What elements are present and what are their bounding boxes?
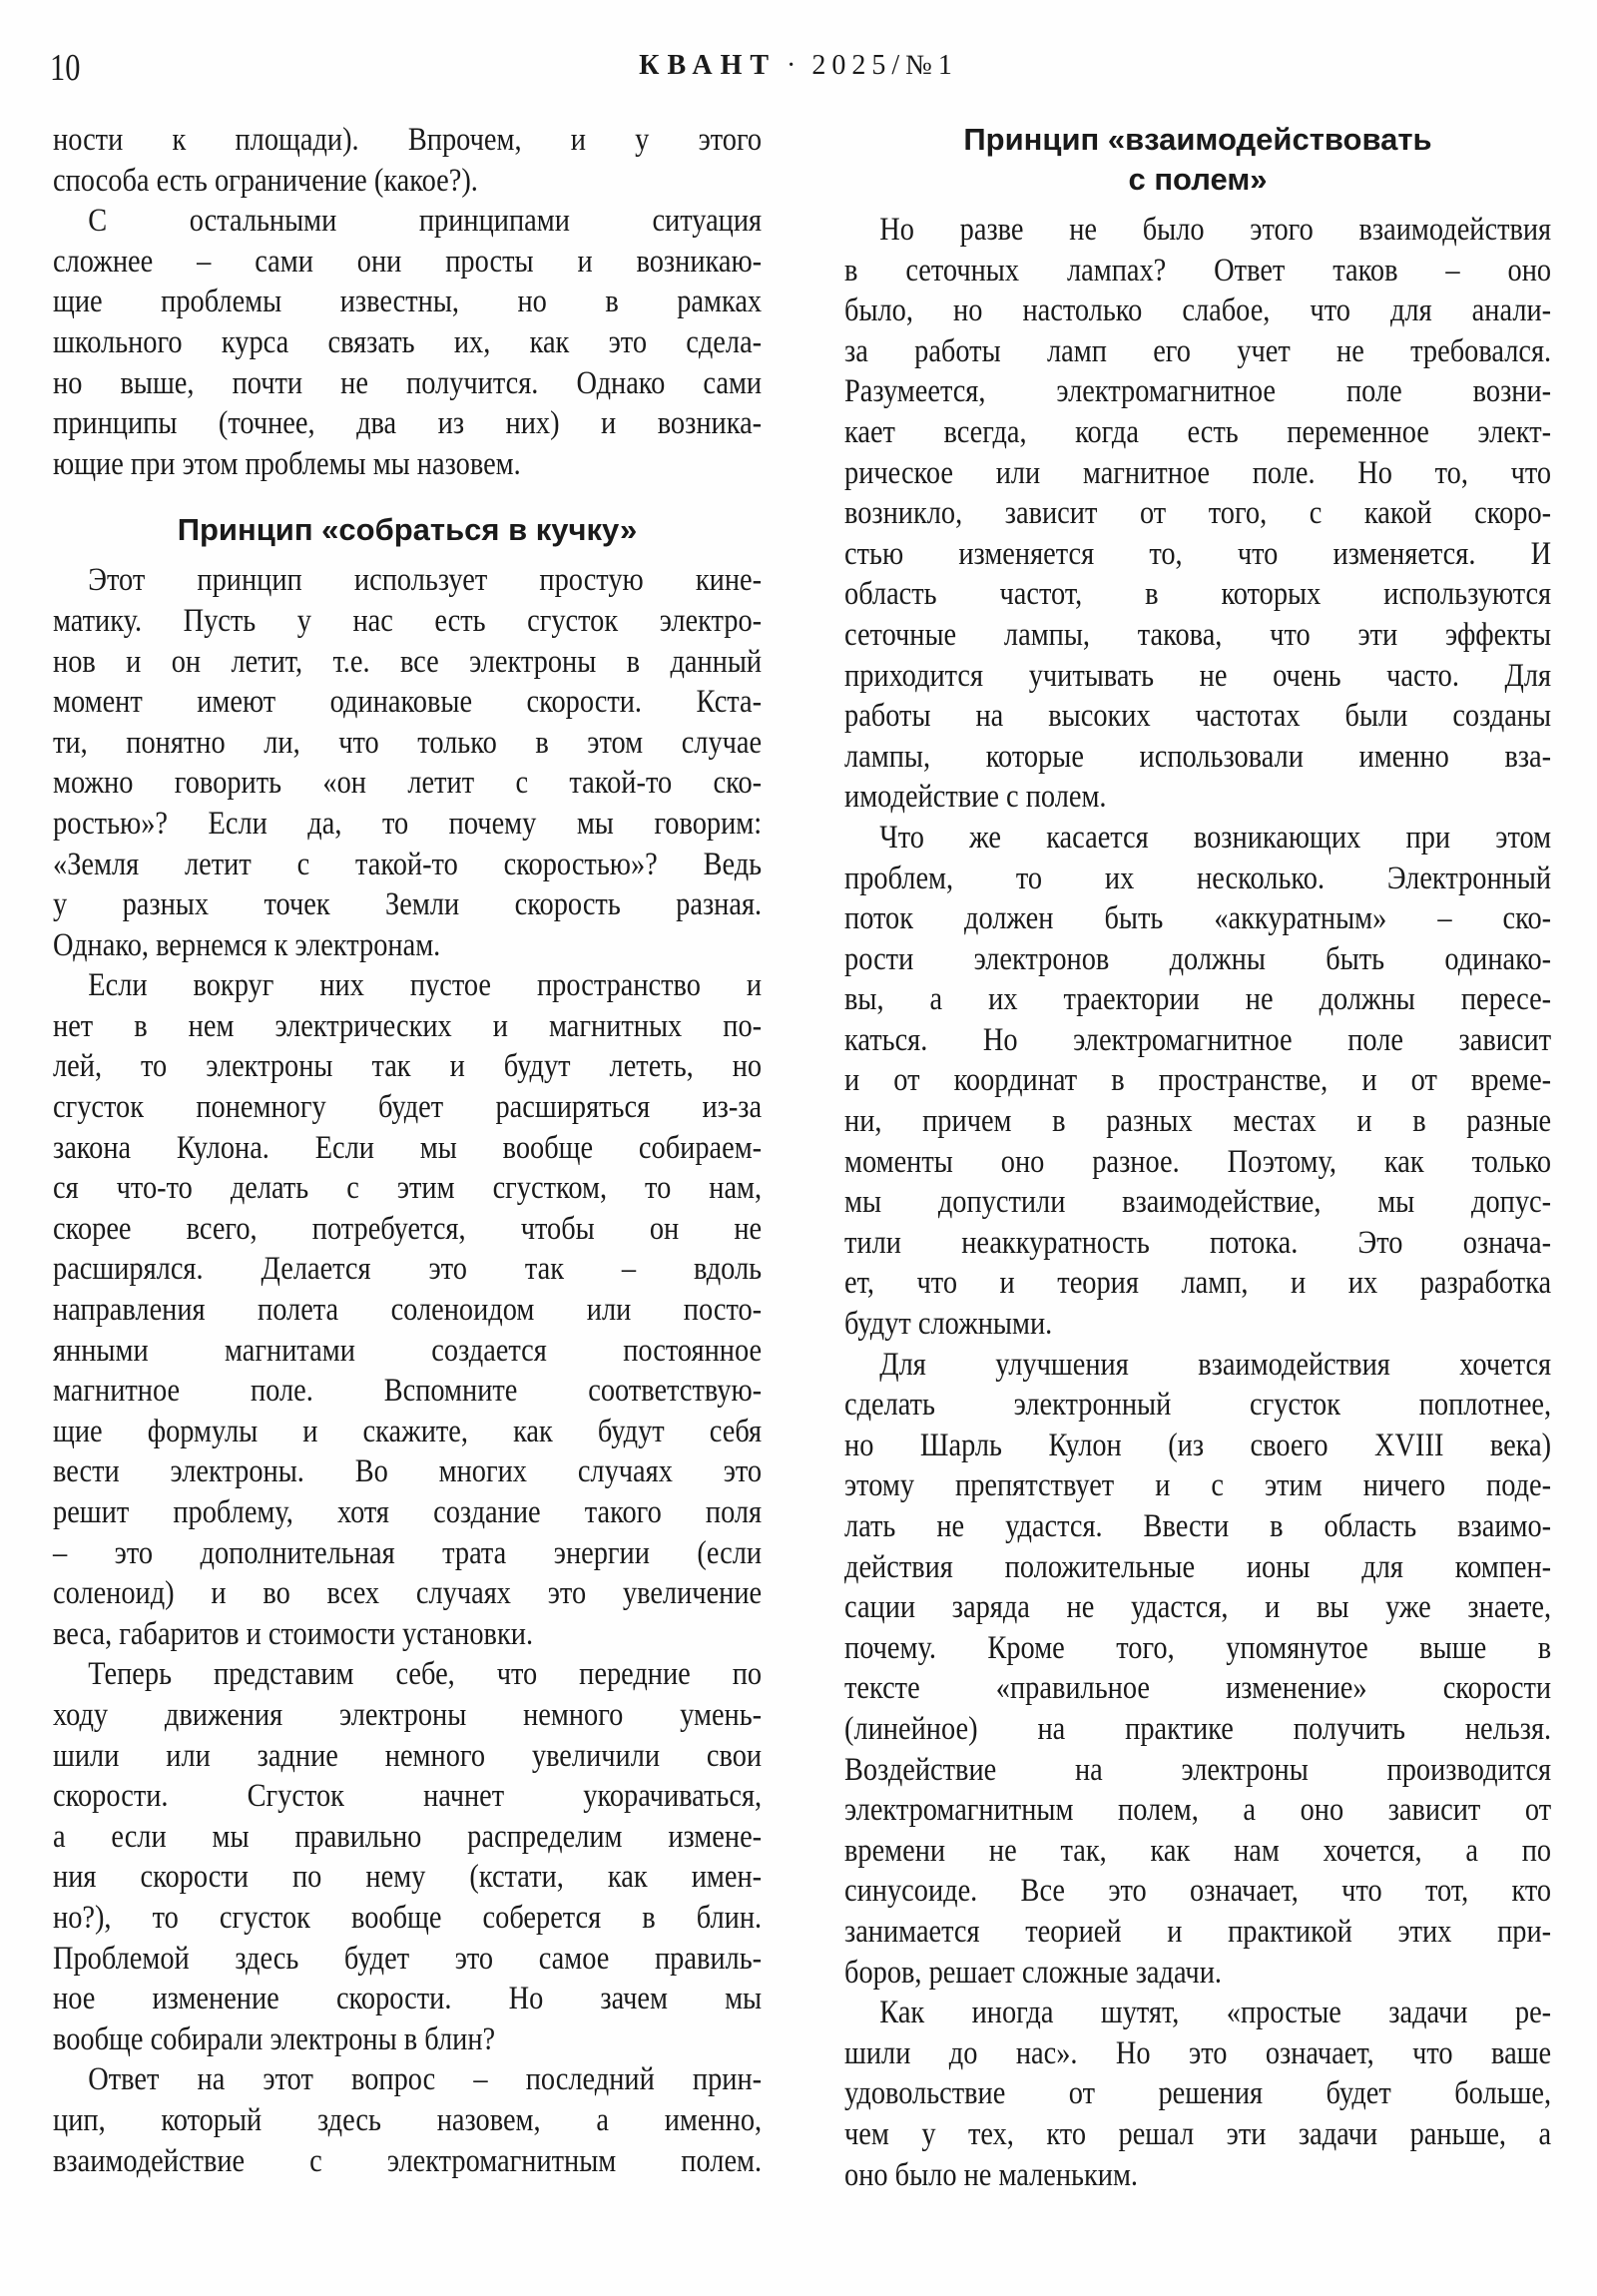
- text-line: действия положительные ионы для компен-: [844, 1547, 1551, 1588]
- text-line: имодействие с полем.: [844, 777, 1551, 818]
- text-line: вести электроны. Во многих случаях это: [53, 1451, 762, 1492]
- text-line: сложнее – сами они просты и возникаю-: [53, 242, 762, 283]
- text-line: момент имеют одинаковые скорости. Кста-: [53, 682, 762, 723]
- text-line: ся что-то делать с этим сгустком, то нам…: [53, 1168, 762, 1209]
- text-line: в сеточных лампах? Ответ таков – оно: [844, 251, 1551, 291]
- text-line: нов и он летит, т.е. все электроны в дан…: [53, 642, 762, 683]
- text-line: Теперь представим себе, что передние по: [53, 1654, 762, 1695]
- text-line: – это дополнительная трата энергии (если: [53, 1533, 762, 1574]
- text-line: занимается теорией и практикой этих при-: [844, 1912, 1551, 1953]
- text-line: Для улучшения взаимодействия хочется: [844, 1345, 1551, 1386]
- text-line: ющие при этом проблемы мы назовем.: [53, 444, 762, 485]
- text-line: приходится учитывать не очень часто. Для: [844, 656, 1551, 697]
- text-line: проблем, то их несколько. Электронный: [844, 859, 1551, 899]
- text-line: школьного курса связать их, как это сдел…: [53, 322, 762, 363]
- text-line: шили или задние немного увеличили свои: [53, 1736, 762, 1777]
- paragraph: С остальными принципами ситуация сложнее…: [53, 201, 762, 484]
- text-line: тили неаккуратность потока. Это означа-: [844, 1223, 1551, 1264]
- text-line: моменты оно разное. Поэтому, как только: [844, 1142, 1551, 1183]
- text-line: (линейное) на практике получить нельзя.: [844, 1709, 1551, 1750]
- text-line: ни, причем в разных местах и в разные: [844, 1101, 1551, 1142]
- text-line: кает всегда, когда есть переменное элект…: [844, 412, 1551, 453]
- text-line: шили до нас». Но это означает, что ваше: [844, 2033, 1551, 2074]
- text-line: Если вокруг них пустое пространство и: [53, 965, 762, 1006]
- magazine-title: КВАНТ: [639, 50, 777, 81]
- text-line: боров, решает сложные задачи.: [844, 1953, 1551, 1994]
- text-line: тексте «правильное изменение» скорости: [844, 1668, 1551, 1709]
- text-line: вообще собирали электроны в блин?: [53, 2019, 762, 2060]
- text-line: закона Кулона. Если мы вообще собираем-: [53, 1128, 762, 1169]
- text-line: ности к площади). Впрочем, и у этого: [53, 120, 762, 161]
- text-line: ти, понятно ли, что только в этом случае: [53, 723, 762, 764]
- text-line: решит проблему, хотя создание такого пол…: [53, 1492, 762, 1533]
- text-line: С остальными принципами ситуация: [53, 201, 762, 242]
- text-line: было, но настолько слабое, что для анали…: [844, 290, 1551, 331]
- text-line: Как иногда шутят, «простые задачи ре-: [844, 1993, 1551, 2033]
- section-heading: Принцип «собраться в кучку»: [53, 510, 762, 550]
- text-line: принципы (точнее, два из них) и возника-: [53, 403, 762, 444]
- paragraph: Теперь представим себе, что передние по …: [53, 1654, 762, 2059]
- text-line: сгусток понемногу будет расширяться из-з…: [53, 1087, 762, 1128]
- text-line: сации заряда не удастся, и вы уже знаете…: [844, 1587, 1551, 1628]
- text-line: чем у тех, кто решал эти задачи раньше, …: [844, 2114, 1551, 2155]
- text-line: рическое или магнитное поле. Но то, что: [844, 453, 1551, 494]
- paragraph: Ответ на этот вопрос – последний прин- ц…: [53, 2059, 762, 2181]
- text-line: но выше, почти не получится. Однако сами: [53, 363, 762, 404]
- text-line: область частот, в которых используются: [844, 574, 1551, 615]
- paragraph: Если вокруг них пустое пространство и не…: [53, 965, 762, 1654]
- text-line: Ответ на этот вопрос – последний прин-: [53, 2059, 762, 2100]
- text-line: рости электронов должны быть одинако-: [844, 939, 1551, 980]
- right-column: Принцип «взаимодействовать с полем» Но р…: [844, 120, 1551, 2195]
- text-line: мы допустили взаимодействие, мы допус-: [844, 1182, 1551, 1223]
- text-line: у разных точек Земли скорость разная.: [53, 884, 762, 925]
- text-line: Проблемой здесь будет это самое правиль-: [53, 1939, 762, 1980]
- text-line: ходу движения электроны немного умень-: [53, 1695, 762, 1736]
- text-line: будут сложными.: [844, 1304, 1551, 1345]
- text-line: магнитное поле. Вспомните соответствую-: [53, 1371, 762, 1412]
- text-line: направления полета соленоидом или посто-: [53, 1290, 762, 1331]
- text-line: скорости. Сгусток начнет укорачиваться,: [53, 1776, 762, 1817]
- text-line: вы, а их траектории не должны пересе-: [844, 979, 1551, 1020]
- text-line: матику. Пусть у нас есть сгусток электро…: [53, 601, 762, 642]
- text-line: синусоиде. Все это означает, что тот, кт…: [844, 1871, 1551, 1912]
- heading-line: с полем»: [844, 160, 1551, 200]
- section-heading: Принцип «взаимодействовать с полем»: [844, 120, 1551, 200]
- paragraph: Но разве не было этого взаимодействия в …: [844, 210, 1551, 818]
- text-line: янными магнитами создается постоянное: [53, 1331, 762, 1372]
- text-line: лать не удастся. Ввести в область взаимо…: [844, 1506, 1551, 1547]
- text-line: сделать электронный сгусток поплотнее,: [844, 1385, 1551, 1426]
- text-line: за работы ламп его учет не требовался.: [844, 331, 1551, 372]
- text-line: лей, то электроны так и будут лететь, но: [53, 1046, 762, 1087]
- text-line: ростью»? Если да, то почему мы говорим:: [53, 804, 762, 845]
- text-line: оно было не маленьким.: [844, 2155, 1551, 2196]
- left-column: ности к площади). Впрочем, и у этого спо…: [53, 120, 762, 2181]
- text-line: Разумеется, электромагнитное поле возни-: [844, 371, 1551, 412]
- paragraph: Для улучшения взаимодействия хочется сде…: [844, 1345, 1551, 1994]
- separator-dot: ·: [787, 50, 801, 81]
- text-line: цип, который здесь назовем, а именно,: [53, 2100, 762, 2141]
- text-line: но?), то сгусток вообще соберется в блин…: [53, 1898, 762, 1939]
- text-line: и от координат в пространстве, и от врем…: [844, 1060, 1551, 1101]
- text-line: возникло, зависит от того, с какой скоро…: [844, 493, 1551, 534]
- text-line: Этот принцип использует простую кине-: [53, 560, 762, 601]
- text-line: но Шарль Кулон (из своего XVIII века): [844, 1426, 1551, 1466]
- text-line: щие проблемы известны, но в рамках: [53, 282, 762, 322]
- text-line: можно говорить «он летит с такой-то ско-: [53, 763, 762, 804]
- text-line: соленоид) и во всех случаях это увеличен…: [53, 1573, 762, 1614]
- text-line: ное изменение скорости. Но зачем мы: [53, 1979, 762, 2019]
- text-line: сеточные лампы, такова, что эти эффекты: [844, 615, 1551, 656]
- text-line: а если мы правильно распределим измене-: [53, 1817, 762, 1858]
- text-line: работы на высоких частотах были созданы: [844, 696, 1551, 737]
- text-line: щие формулы и скажите, как будут себя: [53, 1412, 762, 1452]
- running-head: КВАНТ·2025/№1: [0, 50, 1597, 82]
- text-line: Что же касается возникающих при этом: [844, 818, 1551, 859]
- text-line: удовольствие от решения будет больше,: [844, 2073, 1551, 2114]
- text-line: Но разве не было этого взаимодействия: [844, 210, 1551, 251]
- text-line: стью изменяется то, что изменяется. И: [844, 534, 1551, 575]
- text-line: веса, габаритов и стоимости установки.: [53, 1614, 762, 1655]
- text-line: поток должен быть «аккуратным» – ско-: [844, 898, 1551, 939]
- text-line: каться. Но электромагнитное поле зависит: [844, 1020, 1551, 1061]
- text-line: лампы, которые использовали именно вза-: [844, 737, 1551, 778]
- text-line: способа есть ограничение (какое?).: [53, 161, 762, 202]
- text-line: скорее всего, потребуется, чтобы он не: [53, 1209, 762, 1250]
- text-line: «Земля летит с такой-то скоростью»? Ведь: [53, 845, 762, 885]
- text-line: нет в нем электрических и магнитных по-: [53, 1006, 762, 1047]
- text-line: этому препятствует и с этим ничего поде-: [844, 1465, 1551, 1506]
- heading-line: Принцип «взаимодействовать: [844, 120, 1551, 160]
- text-line: ет, что и теория ламп, и их разработка: [844, 1263, 1551, 1304]
- text-line: ния скорости по нему (кстати, как имен-: [53, 1857, 762, 1898]
- text-line: Воздействие на электроны производится: [844, 1750, 1551, 1791]
- issue-number: 2025/№1: [811, 50, 958, 81]
- paragraph: Что же касается возникающих при этом про…: [844, 818, 1551, 1345]
- text-line: Однако, вернемся к электронам.: [53, 925, 762, 966]
- text-line: времени не так, как нам хочется, а по: [844, 1831, 1551, 1872]
- paragraph: Этот принцип использует простую кине- ма…: [53, 560, 762, 965]
- text-line: почему. Кроме того, упомянутое выше в: [844, 1628, 1551, 1669]
- page-header: 10 КВАНТ·2025/№1: [0, 40, 1597, 90]
- paragraph: ности к площади). Впрочем, и у этого спо…: [53, 120, 762, 201]
- text-line: электромагнитным полем, а оно зависит от: [844, 1790, 1551, 1831]
- text-line: расширялся. Делается это так – вдоль: [53, 1249, 762, 1290]
- paragraph: Как иногда шутят, «простые задачи ре- ши…: [844, 1993, 1551, 2195]
- text-line: взаимодействие с электромагнитным полем.: [53, 2141, 762, 2182]
